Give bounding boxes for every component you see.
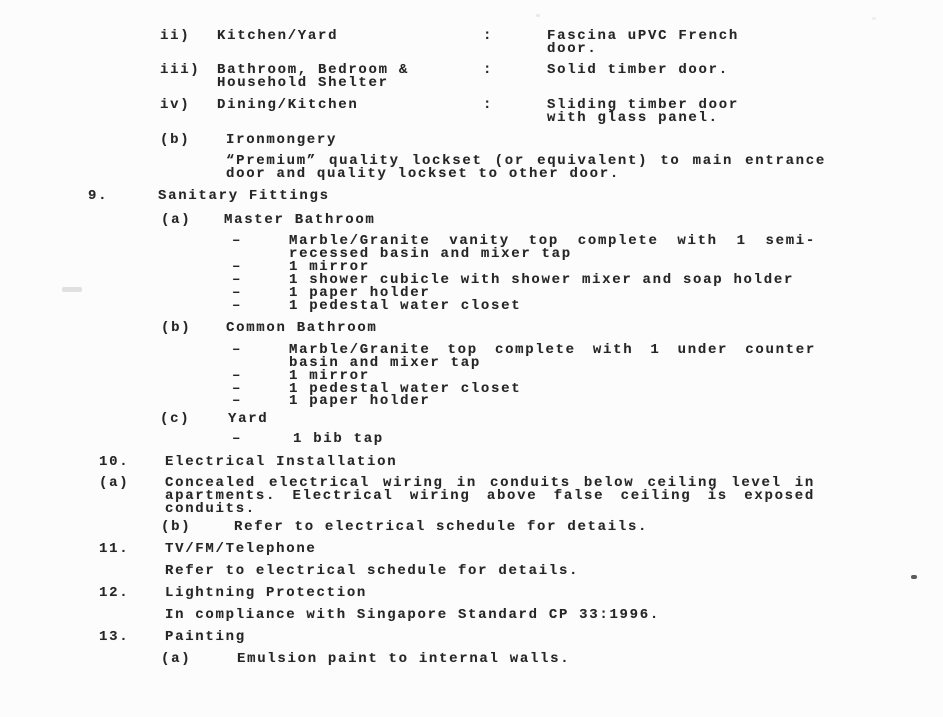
bullet-dash: – — [232, 235, 242, 248]
section-number: 9. — [88, 190, 108, 203]
door-item-marker: iii) — [160, 64, 200, 77]
scan-speck — [911, 575, 917, 579]
subsection-title: Yard — [228, 413, 268, 426]
section-number: 11. — [99, 543, 129, 556]
bullet-dash: – — [232, 395, 242, 408]
subsection-marker: (a) — [99, 477, 129, 490]
bullet-item-text: 1 pedestal water closet — [289, 300, 521, 313]
bullet-item-text: 1 paper holder — [289, 395, 430, 408]
door-item-value: Sliding timber door with glass panel. — [547, 99, 739, 125]
door-item-value: Fascina uPVC French door. — [547, 30, 739, 56]
section-number: 10. — [99, 456, 129, 469]
section-number: 12. — [99, 587, 129, 600]
door-item-label: Kitchen/Yard — [217, 30, 338, 43]
colon-separator: : — [483, 30, 493, 43]
bullet-dash: – — [232, 433, 242, 446]
paragraph-painting-sub: Emulsion paint to internal walls. — [237, 653, 570, 666]
bullet-item-text: Marble/Granite vanity top complete with … — [289, 235, 816, 261]
scan-speck — [536, 14, 540, 17]
scan-speck — [62, 287, 82, 292]
subsection-marker: (b) — [161, 322, 191, 335]
bullet-dash: – — [232, 344, 242, 357]
door-item-marker: iv) — [160, 99, 190, 112]
door-item-label: Dining/Kitchen — [217, 99, 358, 112]
section-title: Painting — [165, 631, 246, 644]
paragraph-electrical-sub: Refer to electrical schedule for details… — [234, 521, 648, 534]
door-item-marker: ii) — [160, 30, 190, 43]
section-title: TV/FM/Telephone — [165, 543, 317, 556]
door-item-label: Bathroom, Bedroom & Household Shelter — [217, 64, 409, 90]
subsection-title: Common Bathroom — [226, 322, 378, 335]
paragraph-ironmongery: “Premium” quality lockset (or equivalent… — [226, 155, 826, 181]
scan-speck — [872, 17, 876, 20]
door-item-value: Solid timber door. — [547, 64, 729, 77]
subsection-title: Master Bathroom — [224, 214, 376, 227]
subsection-marker: (a) — [161, 653, 191, 666]
subsection-marker: (b) — [160, 134, 190, 147]
subsection-marker: (b) — [161, 521, 191, 534]
scanned-document-page: ii) Kitchen/Yard : Fascina uPVC French d… — [0, 0, 943, 717]
subsection-marker: (a) — [161, 214, 191, 227]
subsection-marker: (c) — [160, 413, 190, 426]
subsection-title: Ironmongery — [226, 134, 337, 147]
paragraph-electrical: Concealed electrical wiring in conduits … — [165, 477, 815, 516]
bullet-item-text: 1 bib tap — [293, 433, 384, 446]
section-title: Lightning Protection — [165, 587, 367, 600]
bullet-dash: – — [232, 300, 242, 313]
colon-separator: : — [483, 64, 493, 77]
section-title: Electrical Installation — [165, 456, 397, 469]
colon-separator: : — [483, 99, 493, 112]
paragraph-tv: Refer to electrical schedule for details… — [165, 565, 579, 578]
section-number: 13. — [99, 631, 129, 644]
section-title: Sanitary Fittings — [158, 190, 330, 203]
bullet-item-text: Marble/Granite top complete with 1 under… — [289, 344, 816, 370]
paragraph-lightning: In compliance with Singapore Standard CP… — [165, 609, 660, 622]
